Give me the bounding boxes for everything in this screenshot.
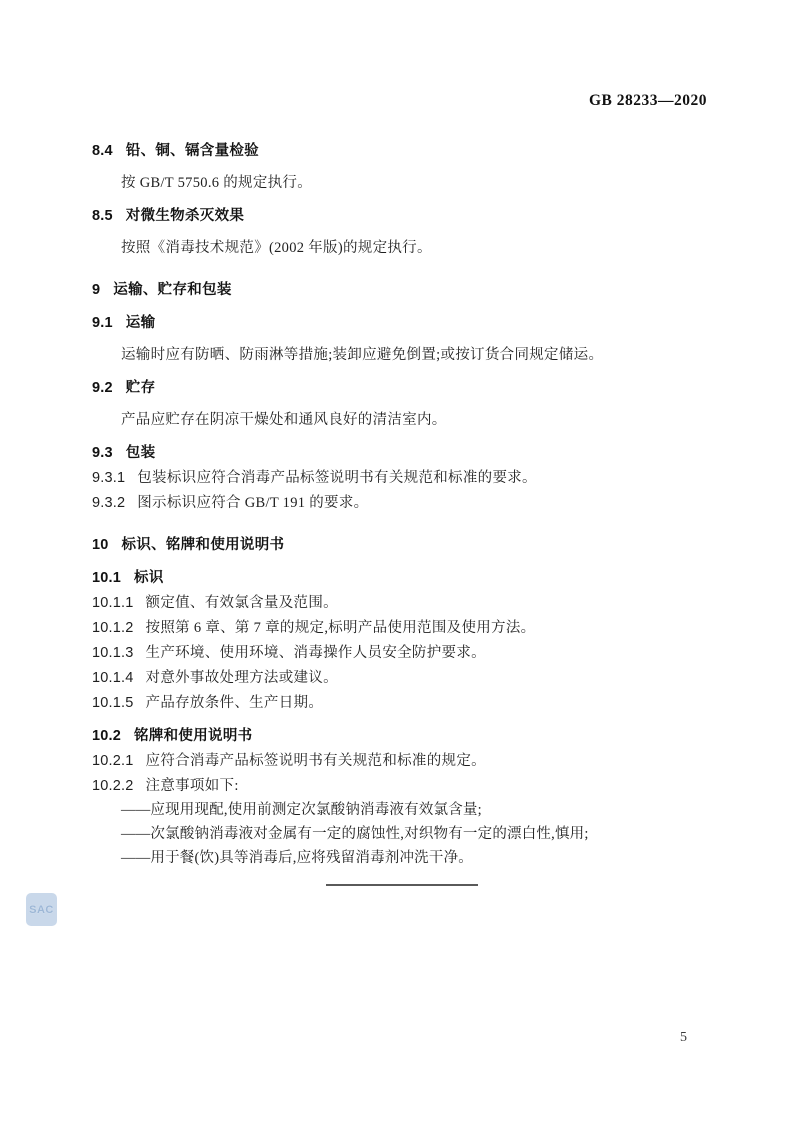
section-heading: 8.4铅、铜、镉含量检验 xyxy=(92,141,710,161)
clause-number: 10.1.1 xyxy=(92,593,134,613)
clause-number: 10.2.1 xyxy=(92,751,134,771)
body-paragraph: 按照《消毒技术规范》(2002 年版)的规定执行。 xyxy=(92,238,710,258)
clause-text: 对意外事故处理方法或建议。 xyxy=(146,670,338,686)
dash-list-item: ——应现用现配,使用前测定次氯酸钠消毒液有效氯含量; xyxy=(92,800,710,820)
section-number: 10.2 xyxy=(92,726,121,746)
clause-number: 9.3.2 xyxy=(92,493,125,513)
doc-number: GB 28233—2020 xyxy=(589,92,707,110)
dash-list-item: ——用于餐(饮)具等消毒后,应将残留消毒剂冲洗干净。 xyxy=(92,848,710,868)
numbered-clause: 10.1.3生产环境、使用环境、消毒操作人员安全防护要求。 xyxy=(92,643,710,663)
numbered-clause: 9.3.1包装标识应符合消毒产品标签说明书有关规范和标准的要求。 xyxy=(92,468,710,488)
clause-number: 9.3.1 xyxy=(92,468,125,488)
section-title: 标识、铭牌和使用说明书 xyxy=(122,537,285,553)
section-title: 对微生物杀灭效果 xyxy=(126,208,244,224)
clause-text: 按照第 6 章、第 7 章的规定,标明产品使用范围及使用方法。 xyxy=(146,620,536,636)
body-paragraph: 产品应贮存在阴凉干燥处和通风良好的清洁室内。 xyxy=(92,410,710,430)
section-number: 9.1 xyxy=(92,313,113,333)
clause-text: 产品存放条件、生产日期。 xyxy=(146,695,324,711)
section-number: 9.2 xyxy=(92,378,113,398)
section-heading: 10.2铭牌和使用说明书 xyxy=(92,726,710,746)
section-number: 9.3 xyxy=(92,443,113,463)
page-number: 5 xyxy=(680,1030,687,1046)
section-title: 标识 xyxy=(134,570,164,586)
document-page: GB 28233—2020 8.4铅、铜、镉含量检验按 GB/T 5750.6 … xyxy=(0,0,794,1122)
section-number: 8.4 xyxy=(92,141,113,161)
section-heading: 8.5对微生物杀灭效果 xyxy=(92,206,710,226)
section-number: 8.5 xyxy=(92,206,113,226)
numbered-clause: 10.1.1额定值、有效氯含量及范围。 xyxy=(92,593,710,613)
numbered-clause: 10.2.1应符合消毒产品标签说明书有关规范和标准的规定。 xyxy=(92,751,710,771)
clause-number: 10.1.5 xyxy=(92,693,134,713)
dash-list-item: ——次氯酸钠消毒液对金属有一定的腐蚀性,对织物有一定的漂白性,慎用; xyxy=(92,824,710,844)
document-content: 8.4铅、铜、镉含量检验按 GB/T 5750.6 的规定执行。8.5对微生物杀… xyxy=(92,141,710,868)
section-number: 9 xyxy=(92,280,100,300)
numbered-clause: 9.3.2图示标识应符合 GB/T 191 的要求。 xyxy=(92,493,710,513)
section-title: 贮存 xyxy=(126,380,156,396)
numbered-clause: 10.1.2按照第 6 章、第 7 章的规定,标明产品使用范围及使用方法。 xyxy=(92,618,710,638)
clause-text: 应符合消毒产品标签说明书有关规范和标准的规定。 xyxy=(146,753,486,769)
clause-text: 图示标识应符合 GB/T 191 的要求。 xyxy=(137,495,368,511)
end-of-text-rule xyxy=(326,884,478,886)
section-number: 10 xyxy=(92,535,109,555)
section-title: 运输、贮存和包装 xyxy=(113,282,231,298)
clause-number: 10.1.2 xyxy=(92,618,134,638)
section-title: 铅、铜、镉含量检验 xyxy=(126,143,259,159)
clause-number: 10.2.2 xyxy=(92,776,134,796)
clause-number: 10.1.3 xyxy=(92,643,134,663)
sac-watermark: SAC xyxy=(26,893,57,926)
section-heading: 9.2贮存 xyxy=(92,378,710,398)
clause-text: 包装标识应符合消毒产品标签说明书有关规范和标准的要求。 xyxy=(137,470,537,486)
section-title: 运输 xyxy=(126,315,156,331)
clause-number: 10.1.4 xyxy=(92,668,134,688)
section-heading: 10.1标识 xyxy=(92,568,710,588)
body-paragraph: 运输时应有防晒、防雨淋等措施;装卸应避免倒置;或按订货合同规定储运。 xyxy=(92,345,710,365)
section-number: 10.1 xyxy=(92,568,121,588)
clause-text: 注意事项如下: xyxy=(146,778,239,794)
clause-text: 生产环境、使用环境、消毒操作人员安全防护要求。 xyxy=(146,645,486,661)
section-title: 包装 xyxy=(126,445,156,461)
numbered-clause: 10.1.4对意外事故处理方法或建议。 xyxy=(92,668,710,688)
section-heading: 9运输、贮存和包装 xyxy=(92,280,710,300)
body-paragraph: 按 GB/T 5750.6 的规定执行。 xyxy=(92,173,710,193)
numbered-clause: 10.2.2注意事项如下: xyxy=(92,776,710,796)
section-title: 铭牌和使用说明书 xyxy=(134,728,252,744)
section-heading: 10标识、铭牌和使用说明书 xyxy=(92,535,710,555)
section-heading: 9.3包装 xyxy=(92,443,710,463)
section-heading: 9.1运输 xyxy=(92,313,710,333)
numbered-clause: 10.1.5产品存放条件、生产日期。 xyxy=(92,693,710,713)
clause-text: 额定值、有效氯含量及范围。 xyxy=(146,595,338,611)
